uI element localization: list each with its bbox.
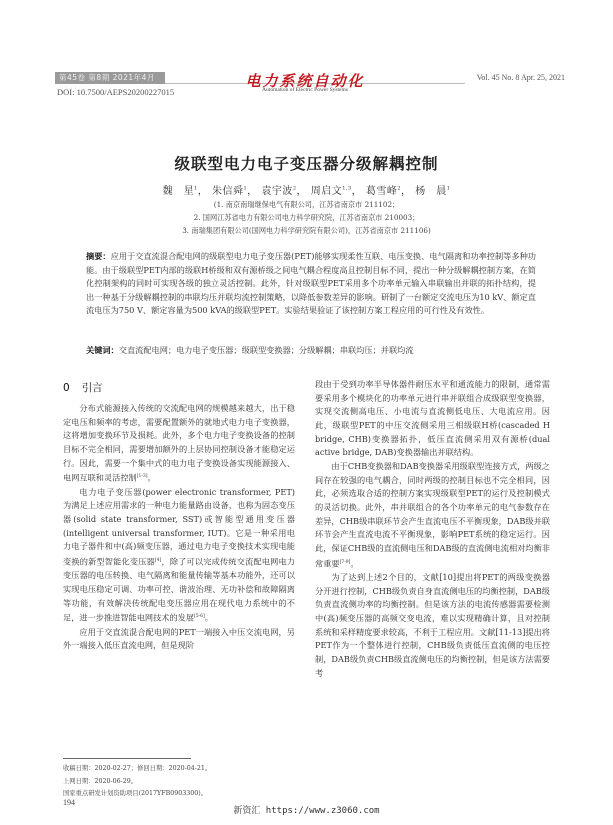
footnote-funding: 国家重点研发计划资助项目(2017YFB0903300)。 [63, 788, 303, 801]
footnote-rule [63, 758, 191, 759]
doi: DOI: 10.7500/AEPS20200227015 [57, 87, 174, 97]
paragraph: 分布式能源接入传统的交流配电网的规模越来越大，出于稳定电压和频率的考虑，需要配置… [63, 402, 295, 486]
citation: [1-3] [137, 474, 148, 479]
affiliation-2: 2. 国网江苏省电力有限公司电力科学研究院，江苏省南京市 210003； [0, 213, 613, 223]
abstract: 摘要：应用于交直流混合配电网的级联型电力电子变压器(PET)能够实现柔性互联、电… [86, 250, 536, 318]
volume-info-en: Vol. 45 No. 8 Apr. 25, 2021 [477, 73, 565, 82]
volume-issue-badge: 第45卷 第8期 2021年4月25日 [55, 72, 165, 84]
paragraph: 电力电子变压器(power electronic transformer, PE… [63, 486, 295, 626]
keywords-text: 交直流配电网；电力电子变压器；级联型变换器；分级解耦；串联均压；并联均流 [119, 345, 414, 355]
abstract-text: 应用于交直流混合配电网的级联型电力电子变压器(PET)能够实现柔性互联、电压变换… [86, 251, 536, 315]
section-title: 引言 [82, 382, 103, 394]
paper-title: 级联型电力电子变压器分级解耦控制 [0, 152, 613, 174]
keywords: 关键词：交直流配电网；电力电子变压器；级联型变换器；分级解耦；串联均压；并联均流 [86, 345, 536, 356]
affiliation-3: 3. 南瑞集团有限公司(国网电力科学研究院有限公司)，江苏省南京市 211106… [0, 226, 613, 236]
author: 袁宇波2 [261, 186, 296, 197]
paragraph: 由于CHB变换器和DAB变换器采用级联型连接方式，两级之间存在较强的电气耦合，同… [315, 460, 550, 571]
affiliation-1: (1. 南京南瑞继保电气有限公司，江苏省南京市 211102； [0, 200, 613, 210]
keywords-label: 关键词： [86, 345, 119, 355]
author: 朱信舜1 [212, 186, 247, 197]
author: 葛雪峰2 [366, 186, 401, 197]
footnotes: 收稿日期：2020-02-27；修回日期：2020-04-21。 上网日期：20… [63, 763, 303, 801]
author: 魏 星1 [163, 186, 198, 197]
abstract-label: 摘要： [86, 251, 111, 261]
watermark: 新资汇 https://www.z3060.com [0, 803, 613, 816]
citation: [5-6] [194, 614, 205, 619]
paragraph: 为了达到上述2个目的，文献[10]提出将PET的两级变换器分开进行控制，CHB级… [315, 571, 550, 680]
footnote-received-date: 收稿日期：2020-02-27；修回日期：2020-04-21。 [63, 763, 303, 776]
section-heading: 0引言 [63, 380, 115, 395]
paragraph: 段由于受到功率半导体器件耐压水平和通流能力的限制，通常需要采用多个模块化的功率单… [315, 378, 550, 460]
author: 杨 晨1 [415, 186, 450, 197]
left-column: 分布式能源接入传统的交流配电网的规模越来越大，出于稳定电压和频率的考虑，需要配置… [63, 402, 295, 653]
author-list: 魏 星1， 朱信舜1， 袁宇波2， 周启文1,3， 葛雪峰2， 杨 晨1 [0, 182, 613, 197]
right-column: 段由于受到功率半导体器件耐压水平和通流能力的限制，通常需要采用多个模块化的功率单… [315, 378, 550, 680]
journal-name-en: Automation of Electric Power Systems [220, 87, 390, 93]
paragraph: 应用于交直流混合配电网的PET一端接入中压交流电网，另外一端接入低压直流电网，但… [63, 626, 295, 653]
author: 周启文1,3 [311, 186, 352, 197]
footnote-online-date: 上网日期：2020-06-29。 [63, 776, 303, 789]
citation: [7-9] [340, 560, 351, 565]
section-number: 0 [63, 382, 70, 394]
